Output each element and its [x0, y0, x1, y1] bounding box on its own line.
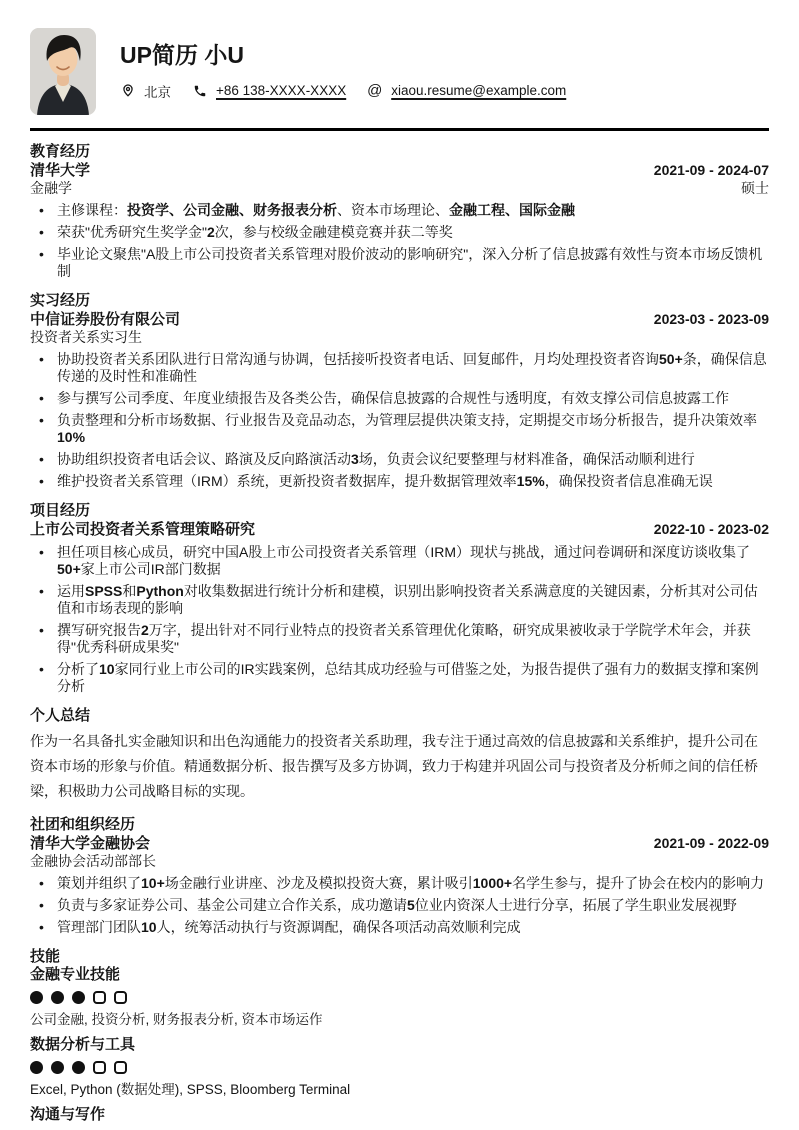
skill-group-name: 沟通与写作	[30, 1106, 769, 1124]
skill-detail: 公司金融, 投资分析, 财务报表分析, 资本市场运作	[30, 1011, 769, 1028]
internship-date-range: 2023-03 - 2023-09	[654, 310, 769, 328]
email-at-icon: @	[367, 83, 382, 98]
location-text: 北京	[144, 81, 171, 101]
section-internship: 实习经历 中信证券股份有限公司 2023-03 - 2023-09 投资者关系实…	[30, 292, 769, 490]
skill-detail: Excel, Python (数据处理), SPSS, Bloomberg Te…	[30, 1081, 769, 1098]
phone-icon	[192, 83, 207, 98]
education-degree: 硕士	[741, 180, 769, 197]
education-entry-row: 清华大学 2021-09 - 2024-07	[30, 161, 769, 180]
education-date-range: 2021-09 - 2024-07	[654, 161, 769, 179]
bullet-item: 撰写研究报告2万字，提出针对不同行业特点的投资者关系管理优化策略，研究成果被收录…	[30, 622, 769, 656]
section-project: 项目经历 上市公司投资者关系管理策略研究 2022-10 - 2023-02 担…	[30, 502, 769, 695]
bullet-item: 维护投资者关系管理（IRM）系统，更新投资者数据库，提升数据管理效率15%，确保…	[30, 473, 769, 490]
skill-level-dots	[30, 991, 769, 1004]
skill-level-dots	[30, 1061, 769, 1074]
header-text: UP简历 小U 北京 +86 138-XXXX-XXXX @ xiaou.res…	[120, 42, 769, 100]
internship-bullets: 协助投资者关系团队进行日常沟通与协调，包括接听投资者电话、回复邮件，月均处理投资…	[30, 351, 769, 490]
contact-row: 北京 +86 138-XXXX-XXXX @ xiaou.resume@exam…	[120, 81, 769, 101]
bullet-item: 运用SPSS和Python对收集数据进行统计分析和建模，识别出影响投资者关系满意…	[30, 583, 769, 617]
education-major: 金融学	[30, 180, 72, 197]
internship-heading: 实习经历	[30, 292, 769, 310]
section-clubs: 社团和组织经历 清华大学金融协会 2021-09 - 2022-09 金融协会活…	[30, 816, 769, 936]
resume-header: UP简历 小U 北京 +86 138-XXXX-XXXX @ xiaou.res…	[30, 28, 769, 115]
project-heading: 项目经历	[30, 502, 769, 520]
summary-heading: 个人总结	[30, 707, 769, 725]
skill-group-name: 数据分析与工具	[30, 1036, 769, 1054]
project-title: 上市公司投资者关系管理策略研究	[30, 521, 255, 539]
bullet-item: 协助组织投资者电话会议、路演及反向路演活动3场，负责会议纪要整理与材料准备，确保…	[30, 451, 769, 468]
internship-role: 投资者关系实习生	[30, 329, 142, 346]
internship-entry-row: 中信证券股份有限公司 2023-03 - 2023-09	[30, 310, 769, 329]
club-org-name: 清华大学金融协会	[30, 835, 150, 853]
project-entry-row: 上市公司投资者关系管理策略研究 2022-10 - 2023-02	[30, 520, 769, 539]
summary-text: 作为一名具备扎实金融知识和出色沟通能力的投资者关系助理，我专注于通过高效的信息披…	[30, 729, 769, 804]
bullet-item: 毕业论文聚焦"A股上市公司投资者关系管理对股价波动的影响研究"，深入分析了信息披…	[30, 246, 769, 280]
education-bullets: 主修课程：投资学、公司金融、财务报表分析、资本市场理论、金融工程、国际金融 荣获…	[30, 202, 769, 280]
header-divider	[30, 128, 769, 131]
education-heading: 教育经历	[30, 143, 769, 161]
resume-page: UP简历 小U 北京 +86 138-XXXX-XXXX @ xiaou.res…	[0, 0, 799, 1124]
email-link[interactable]: xiaou.resume@example.com	[391, 83, 566, 98]
project-bullets: 担任项目核心成员，研究中国A股上市公司投资者关系管理（IRM）现状与挑战，通过问…	[30, 544, 769, 695]
bullet-item: 协助投资者关系团队进行日常沟通与协调，包括接听投资者电话、回复邮件，月均处理投资…	[30, 351, 769, 385]
bullet-item: 担任项目核心成员，研究中国A股上市公司投资者关系管理（IRM）现状与挑战，通过问…	[30, 544, 769, 578]
clubs-date-range: 2021-09 - 2022-09	[654, 834, 769, 852]
clubs-bullets: 策划并组织了10+场金融行业讲座、沙龙及模拟投资大赛，累计吸引1000+名学生参…	[30, 875, 769, 936]
section-skills: 技能 金融专业技能 公司金融, 投资分析, 财务报表分析, 资本市场运作 数据分…	[30, 948, 769, 1124]
skill-group-finance: 金融专业技能 公司金融, 投资分析, 财务报表分析, 资本市场运作	[30, 966, 769, 1028]
club-role: 金融协会活动部部长	[30, 853, 156, 870]
skill-group-data-tools: 数据分析与工具 Excel, Python (数据处理), SPSS, Bloo…	[30, 1036, 769, 1098]
bullet-item: 管理部门团队10人，统筹活动执行与资源调配，确保各项活动高效顺利完成	[30, 919, 769, 936]
skill-group-name: 金融专业技能	[30, 966, 769, 984]
bullet-item: 策划并组织了10+场金融行业讲座、沙龙及模拟投资大赛，累计吸引1000+名学生参…	[30, 875, 769, 892]
phone-link[interactable]: +86 138-XXXX-XXXX	[216, 83, 346, 98]
internship-sub-row: 投资者关系实习生	[30, 329, 769, 346]
company-name: 中信证券股份有限公司	[30, 311, 180, 329]
clubs-heading: 社团和组织经历	[30, 816, 769, 834]
clubs-entry-row: 清华大学金融协会 2021-09 - 2022-09	[30, 834, 769, 853]
section-education: 教育经历 清华大学 2021-09 - 2024-07 金融学 硕士 主修课程：…	[30, 143, 769, 280]
skill-group-communication: 沟通与写作	[30, 1106, 769, 1124]
section-summary: 个人总结 作为一名具备扎实金融知识和出色沟通能力的投资者关系助理，我专注于通过高…	[30, 707, 769, 804]
location-icon	[120, 83, 135, 98]
avatar-photo	[30, 28, 96, 115]
candidate-name: UP简历 小U	[120, 42, 769, 68]
clubs-sub-row: 金融协会活动部部长	[30, 853, 769, 870]
school-name: 清华大学	[30, 162, 90, 180]
project-date-range: 2022-10 - 2023-02	[654, 520, 769, 538]
bullet-item: 分析了10家同行业上市公司的IR实践案例，总结其成功经验与可借鉴之处，为报告提供…	[30, 661, 769, 695]
skills-heading: 技能	[30, 948, 769, 966]
bullet-item: 主修课程：投资学、公司金融、财务报表分析、资本市场理论、金融工程、国际金融	[30, 202, 769, 219]
bullet-item: 负责整理和分析市场数据、行业报告及竞品动态，为管理层提供决策支持，定期提交市场分…	[30, 412, 769, 446]
bullet-item: 参与撰写公司季度、年度业绩报告及各类公告，确保信息披露的合规性与透明度，有效支撑…	[30, 390, 769, 407]
bullet-item: 负责与多家证券公司、基金公司建立合作关系，成功邀请5位业内资深人士进行分享，拓展…	[30, 897, 769, 914]
bullet-item: 荣获"优秀研究生奖学金"2次，参与校级金融建模竞赛并获二等奖	[30, 224, 769, 241]
avatar-illustration	[30, 28, 96, 115]
education-sub-row: 金融学 硕士	[30, 180, 769, 197]
